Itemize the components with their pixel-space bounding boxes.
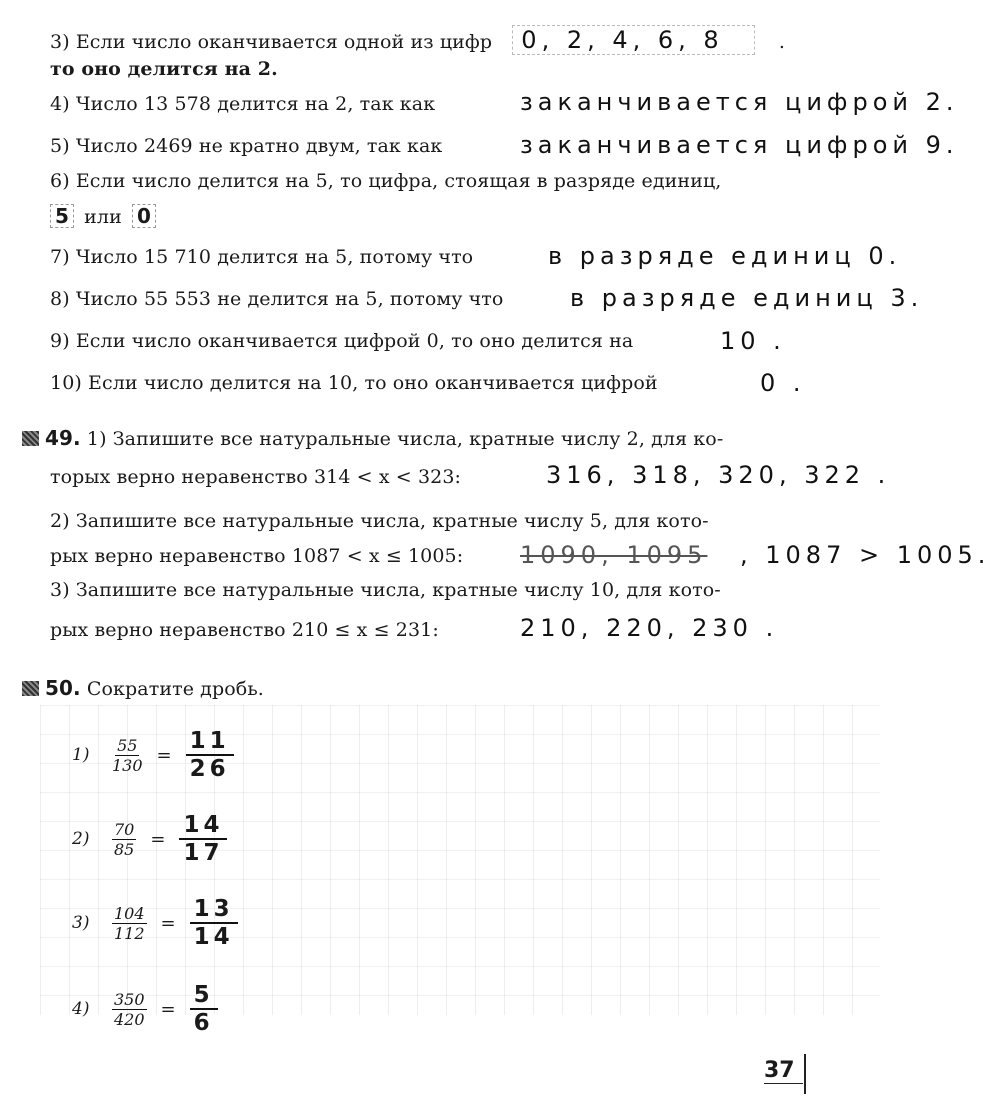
rule-10-answer: 0 . (760, 369, 806, 397)
fraction-item-3: 3) 104112 = 1314 (72, 896, 238, 950)
fraction-original: 7085 (112, 820, 136, 859)
equals-sign: = (161, 913, 176, 934)
fraction-numerator: 70 (112, 820, 136, 840)
rule-6-box-1: 5 (50, 204, 74, 228)
fraction-index: 1) (72, 745, 98, 765)
rule-7-answer: в разряде единиц 0. (548, 242, 901, 270)
answer-denominator: 14 (194, 924, 234, 950)
rule-6-text: 6) Если число делится на 5, то цифра, ст… (50, 170, 721, 192)
task-49-item-3-line1: 3) Запишите все натуральные числа, кратн… (50, 579, 721, 601)
task-49-item-2-line1: 2) Запишите все натуральные числа, кратн… (50, 510, 709, 532)
rule-5-text: 5) Число 2469 не кратно двум, так как (50, 135, 442, 157)
answer-numerator: 13 (190, 896, 238, 924)
rule-5-answer: заканчивается цифрой 9. (520, 131, 959, 159)
answer-numerator: 11 (186, 728, 234, 756)
answer-denominator: 26 (190, 756, 230, 782)
task-49-item-1-answer: 316, 318, 320, 322 . (546, 461, 890, 489)
equals-sign: = (157, 745, 172, 766)
rule-3-tail: . (779, 31, 785, 53)
rule-3-continuation: то оно делится на 2. (50, 58, 278, 80)
fraction-original: 104112 (112, 904, 147, 943)
fraction-original: 350420 (112, 990, 147, 1029)
task-49-item-3-answer: 210, 220, 230 . (520, 614, 778, 642)
equals-sign: = (161, 999, 176, 1020)
fraction-numerator: 350 (112, 990, 147, 1010)
rule-9-answer: 10 . (720, 327, 786, 355)
fraction-index: 3) (72, 913, 98, 933)
task-49-item-1-line1: 49. 1) Запишите все натуральные числа, к… (22, 426, 723, 450)
task-50-header: 50. Сократите дробь. (22, 676, 264, 700)
fraction-denominator: 112 (114, 924, 145, 943)
answer-denominator: 17 (183, 840, 223, 866)
fraction-denominator: 85 (114, 840, 134, 859)
task-marker-icon (22, 431, 39, 446)
rule-6-box-2: 0 (132, 204, 156, 228)
task-49-item-2-answer: , 1087 > 1005. (740, 541, 983, 569)
rule-6-or: или (84, 206, 122, 228)
task-49-item-3-line2: рых верно неравенство 210 ≤ x ≤ 231: (50, 619, 439, 641)
rule-3-answer: 0, 2, 4, 6, 8 (512, 25, 754, 55)
fraction-answer: 1126 (186, 728, 234, 782)
fraction-index: 4) (72, 999, 98, 1019)
page-number: 37 (764, 1058, 803, 1084)
rule-7-text: 7) Число 15 710 делится на 5, потому что (50, 246, 473, 268)
rule-9-text: 9) Если число оканчивается цифрой 0, то … (50, 330, 633, 352)
answer-denominator: 6 (194, 1010, 214, 1036)
fraction-answer: 1314 (190, 896, 238, 950)
answer-numerator: 5 (190, 982, 218, 1010)
fraction-denominator: 420 (114, 1010, 145, 1029)
fraction-item-2: 2) 7085 = 1417 (72, 812, 227, 866)
rule-4-answer: заканчивается цифрой 2. (520, 88, 959, 116)
equals-sign: = (150, 829, 165, 850)
fraction-numerator: 55 (115, 736, 139, 756)
fraction-denominator: 130 (112, 756, 143, 775)
fraction-item-4: 4) 350420 = 56 (72, 982, 218, 1036)
task-49-item-2-line2: рых верно неравенство 1087 < x ≤ 1005: (50, 545, 463, 567)
task-50-number: 50. (45, 676, 81, 700)
rule-3-label: 3) Если число оканчивается одной из цифр (50, 31, 492, 53)
task-marker-icon (22, 681, 39, 696)
task-49-item-1-text: 1) Запишите все натуральные числа, кратн… (87, 428, 723, 450)
rule-8-text: 8) Число 55 553 не делится на 5, потому … (50, 288, 503, 310)
fraction-item-1: 1) 55130 = 1126 (72, 728, 234, 782)
fraction-answer: 1417 (179, 812, 227, 866)
rule-3-text: 3) Если число оканчивается одной из цифр… (50, 26, 785, 54)
page-number-divider (804, 1054, 806, 1094)
task-50-title: Сократите дробь. (87, 678, 264, 700)
fraction-numerator: 104 (112, 904, 147, 924)
answer-numerator: 14 (179, 812, 227, 840)
task-49-item-2-crossed-answer: 1090, 1095 (520, 541, 707, 569)
fraction-original: 55130 (112, 736, 143, 775)
task-49-number: 49. (45, 426, 81, 450)
rule-6-answers: 5 или 0 (50, 204, 156, 228)
task-49-item-1-line2: торых верно неравенство 314 < x < 323: (50, 466, 461, 488)
rule-10-text: 10) Если число делится на 10, то оно ока… (50, 372, 658, 394)
fraction-answer: 56 (190, 982, 218, 1036)
rule-4-text: 4) Число 13 578 делится на 2, так как (50, 93, 435, 115)
rule-8-answer: в разряде единиц 3. (570, 284, 923, 312)
fraction-index: 2) (72, 829, 98, 849)
